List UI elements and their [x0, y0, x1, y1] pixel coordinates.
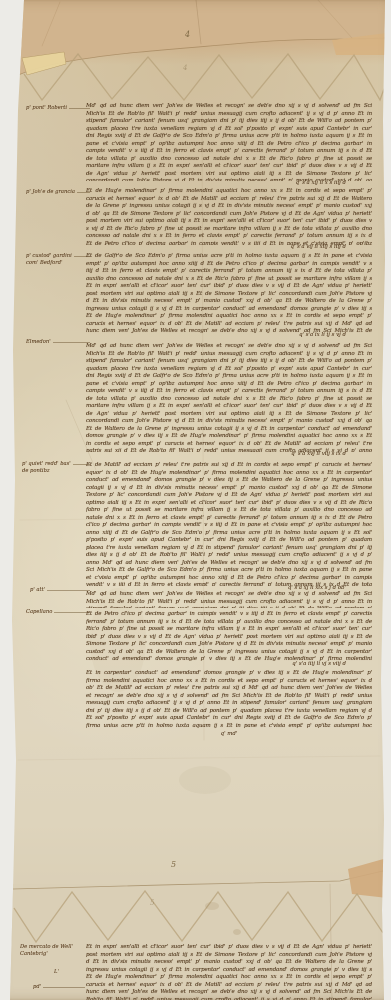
margin-note-text: p' Joh'e de grancia [26, 189, 75, 196]
manuscript-paragraph-1: Md' qd ad hunc diem ven' Joh'es de Welle… [86, 103, 372, 181]
manuscript-paragraph-8: Et in carpentar' conduct' ad emendand' d… [86, 670, 372, 729]
repair-patch-bottom [348, 858, 387, 898]
paragraph-sum-3: q' s'a ix li ij s vj d [86, 332, 372, 340]
note-pointer-line [53, 342, 90, 343]
membrane-number-bottom-faint: 5 [150, 899, 154, 907]
membrane-number-bottom: 5 [171, 861, 176, 869]
manuscript-paragraph-3: Et de Galfr'o de Sco Edm'o p' firma uniu… [86, 253, 372, 334]
paragraph-sum-4: q' s'a xvj li viij s ix d [86, 451, 372, 459]
stitch-zigzag-top [24, 54, 390, 100]
margin-note-text: p' quiet' redd' bas' [22, 461, 71, 468]
margin-note-6: p' att' [30, 587, 90, 594]
margin-note-1: p' pont' Roberti [26, 105, 90, 112]
membrane-number-top: 4 [185, 31, 190, 39]
margin-note-5: p' quiet' redd' bas' de pontibz [22, 461, 90, 474]
margin-note-text: De mercato de Well' [20, 944, 73, 951]
manuscript-paragraph-4: Md' qd ad hunc diem ven' Joh'es de Welle… [86, 343, 372, 452]
paragraph-sum-2: q' s'a vij li xiij s iiij d [86, 244, 372, 252]
margin-note-4: Elmedon' [26, 339, 90, 346]
membrane-number-top-faint: 4 [183, 64, 187, 72]
margin-note-text: de pontibz [22, 468, 50, 475]
margin-note-8: De mercato de Well' Cantebrig' [20, 944, 88, 957]
manuscript-paragraph-7: Et de Petro cl'ico p' decima garbar' in … [86, 611, 372, 661]
margin-note-text: p' pont' Roberti [26, 105, 67, 112]
parchment-roll: 4 4 5 5 p' pont' Roberti p' Joh'e de gra… [0, 0, 391, 1000]
margin-note-text: p' custod' gardini [26, 253, 72, 260]
margin-note-text: com' Bedford' [26, 260, 63, 267]
margin-note-2: p' Joh'e de grancia [26, 189, 90, 196]
margin-note-text: Cantebrig' [20, 951, 48, 958]
margin-note-text: p' att' [30, 587, 45, 594]
note-pointer-line [47, 590, 90, 591]
paragraph-sum-8: q' md' [86, 731, 372, 739]
paragraph-sum-7: q' s'a iiij li vj s viij d [86, 661, 372, 669]
margin-mark-text: pd' [33, 984, 41, 991]
margin-mark-text: L' [54, 969, 59, 976]
note-pointer-line [54, 612, 90, 613]
paragraph-sum-1: q' s'a xij li x s iiij d [86, 180, 372, 188]
margin-note-3: p' custod' gardini com' Bedford' [26, 253, 90, 266]
note-pointer-line [43, 987, 85, 988]
margin-note-text: Elmedon' [26, 339, 51, 346]
margin-mark-2: pd' [33, 984, 85, 991]
manuscript-paragraph-9: Et in expn' sen'alli et cl'icor' suor' t… [86, 944, 372, 1000]
manuscript-paragraph-2: Et de Hug'e molendinar' p' firma molendi… [86, 188, 372, 245]
margin-note-7: Capellano [26, 609, 90, 616]
margin-note-text: Capellano [26, 609, 52, 616]
margin-mark-1: L' [54, 969, 74, 976]
scanned-page: 4 4 5 5 p' pont' Roberti p' Joh'e de gra… [0, 0, 391, 1000]
manuscript-paragraph-5: Et de Matill' ad ecciam p' releu' t're p… [86, 462, 372, 586]
manuscript-paragraph-6: Md' qd ad hunc diem ven' Joh'es de Welle… [86, 591, 372, 608]
